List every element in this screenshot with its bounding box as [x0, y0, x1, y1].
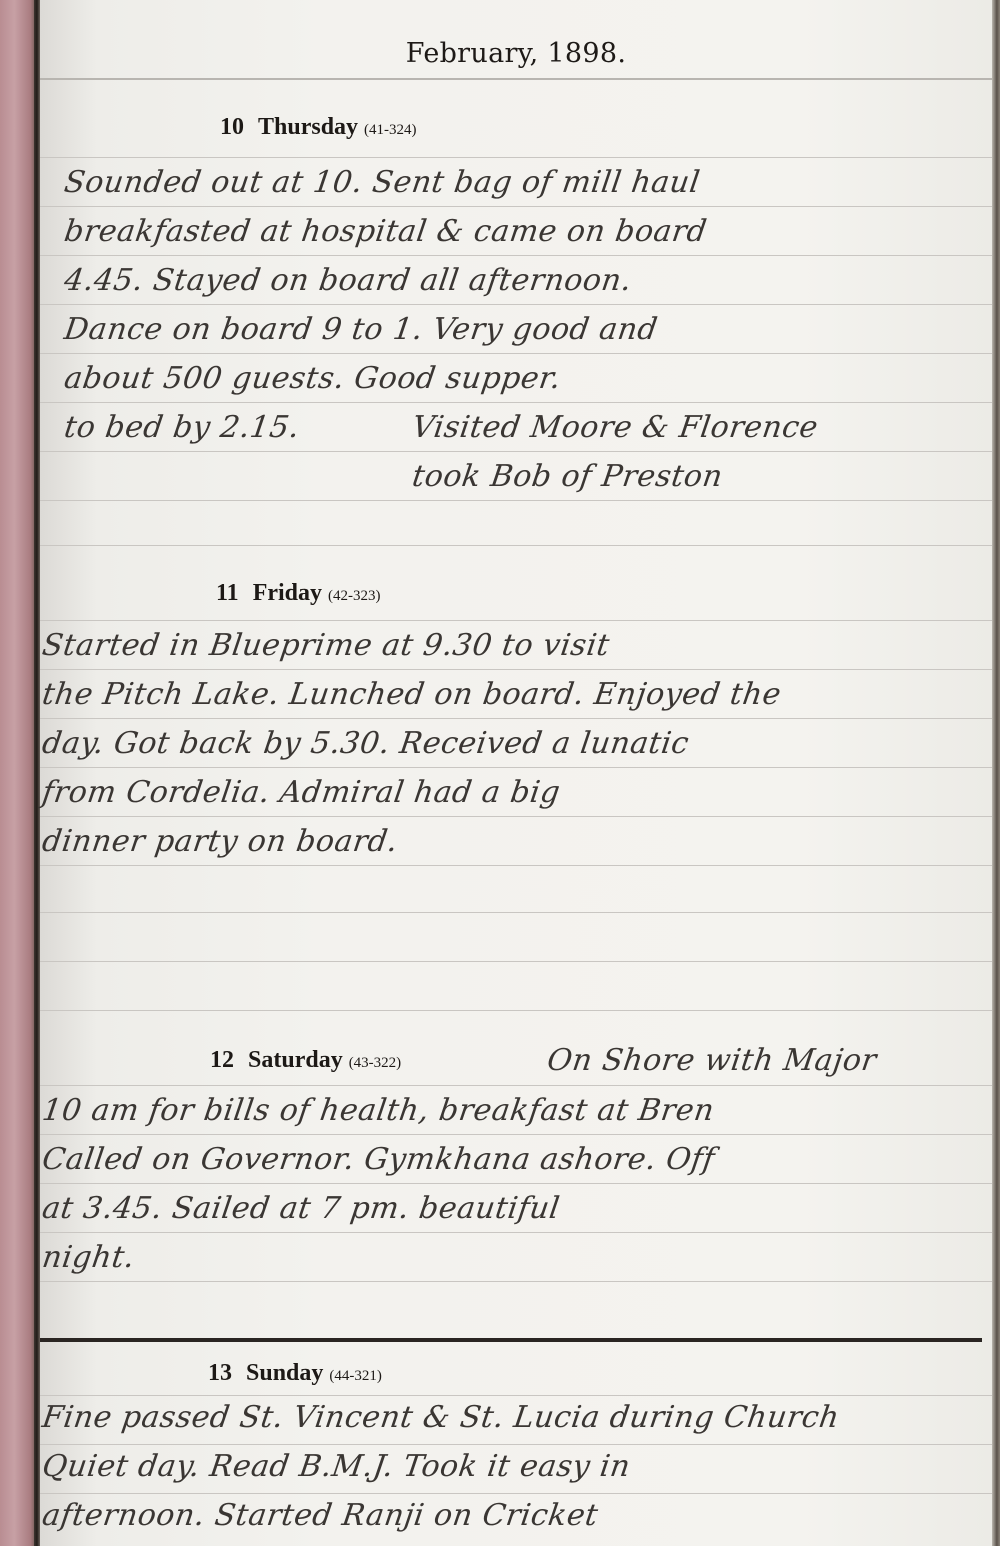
- day-heading-sunday: 13Sunday(44-321): [208, 1360, 382, 1387]
- header-rule: [40, 78, 992, 80]
- entry-line: about 500 guests. Good supper.: [62, 361, 563, 396]
- day-heading-saturday: 12Saturday(43-322): [210, 1047, 401, 1074]
- day-heading-friday: 11Friday(42-323): [216, 580, 381, 607]
- entry-line: night.: [40, 1240, 137, 1275]
- day-number: 12: [210, 1047, 234, 1073]
- day-count: (43-322): [349, 1055, 402, 1071]
- day-count: (42-323): [328, 588, 381, 604]
- entry-line: from Cordelia. Admiral had a big: [40, 775, 563, 810]
- entry-line: at 3.45. Sailed at 7 pm. beautiful: [40, 1191, 562, 1226]
- entry-line: afternoon. Started Ranji on Cricket: [40, 1498, 600, 1533]
- entry-line: Called on Governor. Gymkhana ashore. Off: [40, 1142, 717, 1177]
- entry-line: day. Got back by 5.30. Received a lunati…: [40, 726, 691, 761]
- entry-line: to bed by 2.15.: [62, 410, 302, 445]
- entry-line: took Bob of Preston: [410, 459, 725, 494]
- day-number: 13: [208, 1360, 232, 1386]
- entry-line: 4.45. Stayed on board all afternoon.: [62, 263, 634, 298]
- day-number: 10: [220, 114, 244, 140]
- day-number: 11: [216, 580, 239, 606]
- entry-line: the Pitch Lake. Lunched on board. Enjoye…: [40, 677, 783, 712]
- book-binding: [0, 0, 36, 1546]
- entry-line: dinner party on board.: [40, 824, 400, 859]
- entry-line: Visited Moore & Florence: [410, 410, 820, 445]
- entry-line: Started in Blueprime at 9.30 to visit: [40, 628, 612, 663]
- weekday: Thursday: [258, 114, 358, 140]
- entry-line: 10 am for bills of health, breakfast at …: [40, 1093, 716, 1128]
- entry-line: breakfasted at hospital & came on board: [62, 214, 709, 249]
- entry-line: Sounded out at 10. Sent bag of mill haul: [62, 165, 702, 200]
- weekday: Sunday: [246, 1360, 323, 1386]
- month-header: February, 1898.: [40, 38, 992, 69]
- weekday: Saturday: [248, 1047, 343, 1073]
- weekday: Friday: [253, 580, 322, 606]
- entry-heading-note: On Shore with Major: [545, 1043, 879, 1078]
- entry-line: Dance on board 9 to 1. Very good and: [62, 312, 660, 347]
- entry-line: Quiet day. Read B.M.J. Took it easy in: [40, 1449, 633, 1484]
- page-edge: [992, 0, 1000, 1546]
- day-count: (44-321): [329, 1368, 382, 1384]
- day-heading-thursday: 10Thursday(41-324): [220, 114, 417, 141]
- diary-page: February, 1898. 10Thursday(41-324) S: [40, 0, 992, 1546]
- day-count: (41-324): [364, 122, 417, 138]
- entry-line: Fine passed St. Vincent & St. Lucia duri…: [40, 1400, 842, 1435]
